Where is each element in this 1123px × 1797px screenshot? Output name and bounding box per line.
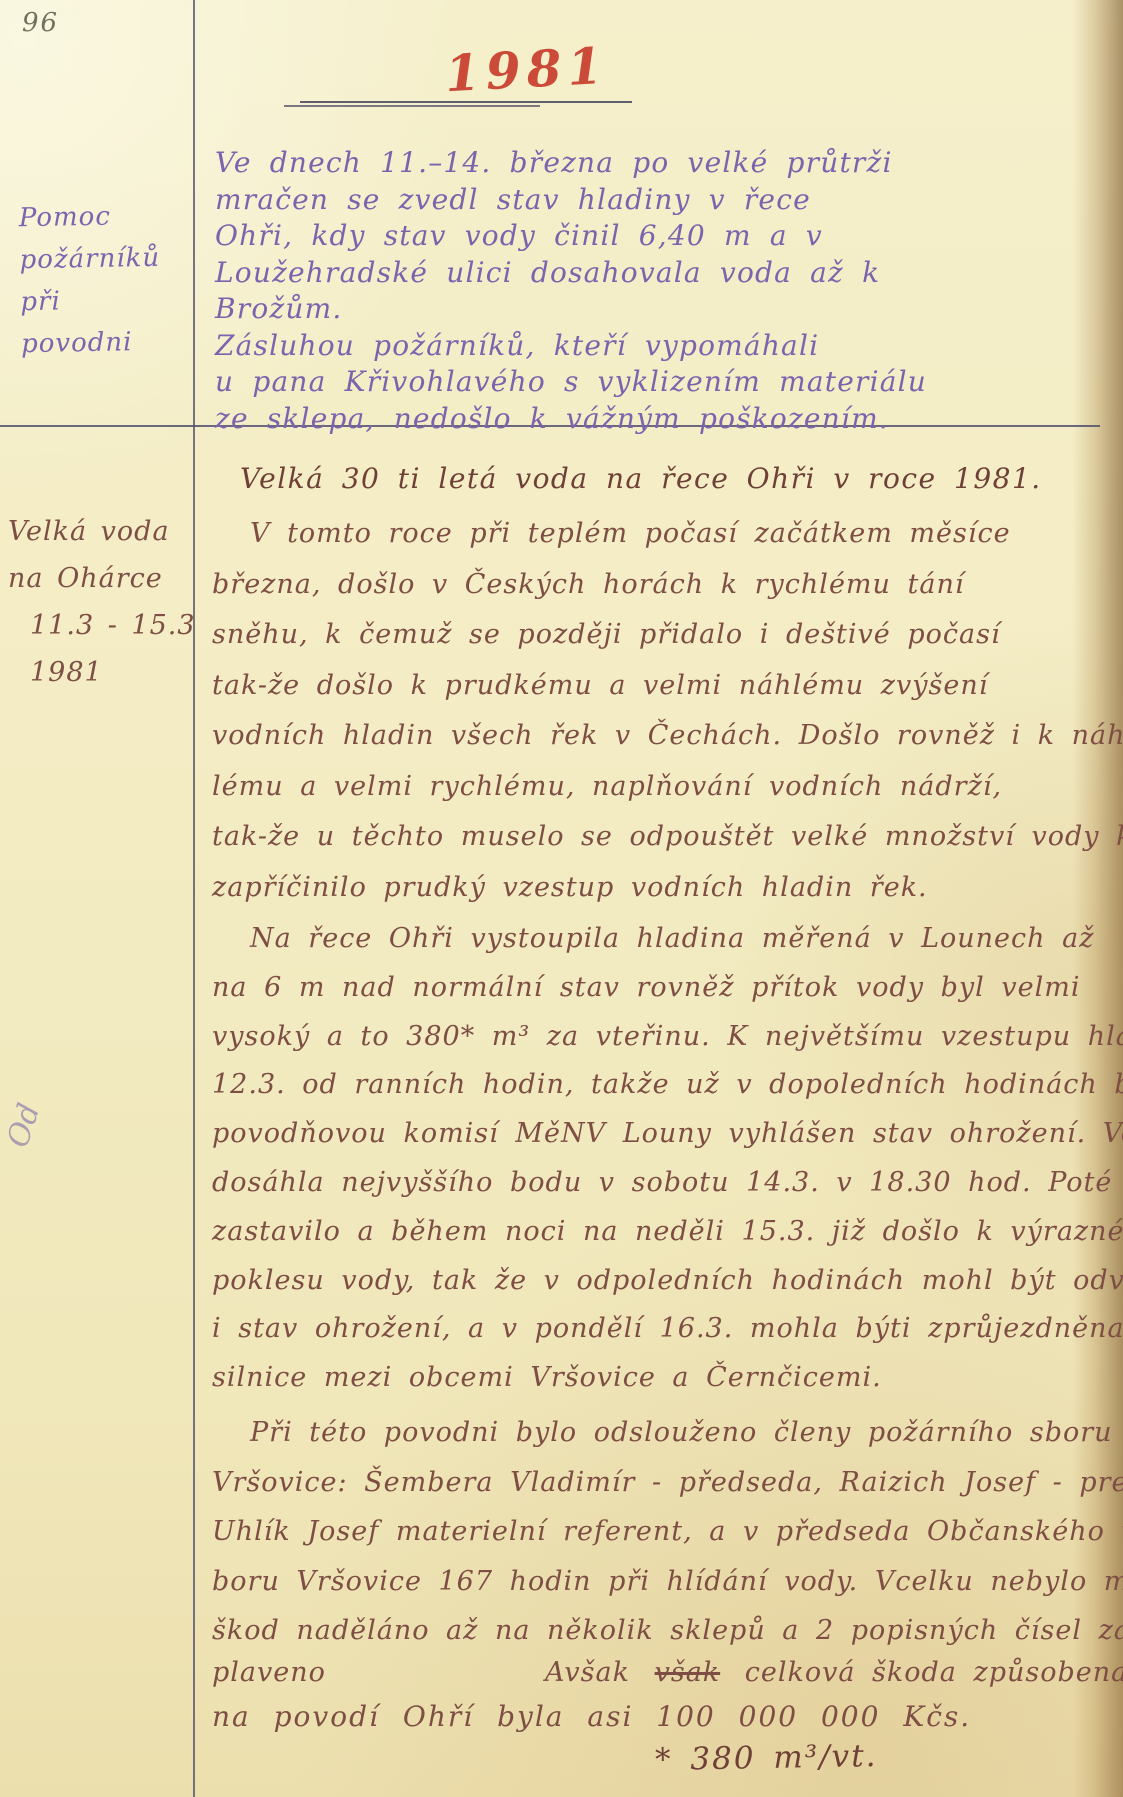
handwritten-line: zastavilo a během noci na neděli 15.3. j… — [212, 1208, 1117, 1257]
handwritten-line: Uhlík Josef materielní referent, a v pře… — [212, 1507, 1117, 1557]
margin-note-line: na Ohárce — [8, 555, 196, 602]
margin-note-line: Pomoc — [19, 195, 160, 239]
margin-note-line: Velká voda — [8, 508, 196, 555]
handwritten-line: Brožům. — [215, 291, 1095, 328]
handwritten-line: na 6 m nad normální stav rovněž přítok v… — [212, 964, 1117, 1013]
handwritten-line: zapříčinilo prudký vzestup vodních hladi… — [212, 863, 1117, 914]
margin-rule — [193, 0, 195, 1797]
handwritten-line: března, došlo v Českých horách k rychlém… — [212, 560, 1117, 611]
margin-mark: Od — [0, 1099, 47, 1151]
handwritten-line: plaveno — [212, 1657, 326, 1688]
handwritten-line: vodních hladin všech řek v Čechách. Došl… — [212, 711, 1117, 762]
handwritten-line: ze sklepa, nedošlo k vážným poškozením. — [215, 401, 1095, 438]
chronicle-page: 96 1981 Pomoc požárníků při povodni Ve d… — [0, 0, 1123, 1797]
entry2-margin-note: Velká voda na Ohárce 11.3 - 15.3 1981 — [8, 508, 196, 696]
heading-underline — [284, 105, 540, 107]
handwritten-line: Ohři, kdy stav vody činil 6,40 m a v — [215, 218, 1095, 255]
handwritten-line: povodňovou komisí MěNV Louny vyhlášen st… — [212, 1110, 1117, 1159]
handwritten-line: na povodí Ohří byla asi 100 000 000 Kčs. — [212, 1700, 971, 1733]
handwritten-line: i stav ohrožení, a v pondělí 16.3. mohla… — [212, 1305, 1117, 1354]
page-number: 96 — [22, 8, 59, 38]
handwritten-line: Ve dnech 11.–14. března po velké průtrži — [215, 145, 1095, 182]
handwritten-line: škod naděláno až na několik sklepů a 2 p… — [212, 1606, 1117, 1656]
entry2-paragraph-3: Při této povodni bylo odslouženo členy p… — [212, 1408, 1117, 1656]
handwritten-word: celková škoda způsobena — [745, 1657, 1123, 1688]
handwritten-line: lému a velmi rychlému, naplňování vodníc… — [212, 762, 1117, 813]
margin-note-line: 1981 — [8, 649, 196, 696]
entry2-paragraph-2: Na řece Ohři vystoupila hladina měřená v… — [212, 915, 1117, 1403]
handwritten-line: Vršovice: Šembera Vladimír - předseda, R… — [212, 1458, 1117, 1508]
handwritten-line: Při této povodni bylo odslouženo členy p… — [212, 1408, 1117, 1458]
entry2-title: Velká 30 ti letá voda na řece Ohři v roc… — [240, 462, 1042, 495]
struck-out-word: však — [655, 1657, 721, 1688]
entry1-body: Ve dnech 11.–14. března po velké průtrži… — [215, 145, 1095, 437]
handwritten-line: sněhu, k čemuž se později přidalo i dešt… — [212, 610, 1117, 661]
entry1-margin-note: Pomoc požárníků při povodni — [19, 195, 162, 365]
year-heading: 1981 — [444, 36, 610, 103]
handwritten-line: tak-že došlo k prudkému a velmi náhlému … — [212, 661, 1117, 712]
handwritten-line: 12.3. od ranních hodin, takže už v dopol… — [212, 1061, 1117, 1110]
handwritten-line: Na řece Ohři vystoupila hladina měřená v… — [212, 915, 1117, 964]
handwritten-line: V tomto roce při teplém počasí začátkem … — [212, 509, 1117, 560]
handwritten-line: Loužehradské ulici dosahovala voda až k — [215, 255, 1095, 292]
footnote-flow-rate: * 380 m³/vt. — [655, 1738, 878, 1778]
margin-note-line: při — [20, 279, 161, 323]
handwritten-line: silnice mezi obcemi Vršovice a Černčicem… — [212, 1354, 1117, 1403]
handwritten-line: vysoký a to 380* m³ za vteřinu. K největ… — [212, 1013, 1117, 1062]
handwritten-line: u pana Křivohlavého s vyklizením materiá… — [215, 364, 1095, 401]
handwritten-line: Zásluhou požárníků, kteří vypomáhali — [215, 328, 1095, 365]
handwritten-line: boru Vršovice 167 hodin při hlídání vody… — [212, 1557, 1117, 1607]
handwritten-word: Avšak — [545, 1657, 630, 1688]
entry2-paragraph-1: V tomto roce při teplém počasí začátkem … — [212, 509, 1117, 913]
margin-note-line: povodni — [21, 321, 162, 365]
margin-note-line: 11.3 - 15.3 — [8, 602, 196, 649]
margin-note-line: požárníků — [19, 237, 160, 281]
handwritten-line: dosáhla nejvyššího bodu v sobotu 14.3. v… — [212, 1159, 1117, 1208]
handwritten-line: tak-že u těchto muselo se odpouštět velk… — [212, 812, 1117, 863]
handwritten-line: Avšak však celková škoda způsobena — [545, 1657, 1123, 1688]
heading-underline — [300, 101, 632, 103]
handwritten-line: poklesu vody, tak že v odpoledních hodin… — [212, 1257, 1117, 1306]
handwritten-line: mračen se zvedl stav hladiny v řece — [215, 182, 1095, 219]
